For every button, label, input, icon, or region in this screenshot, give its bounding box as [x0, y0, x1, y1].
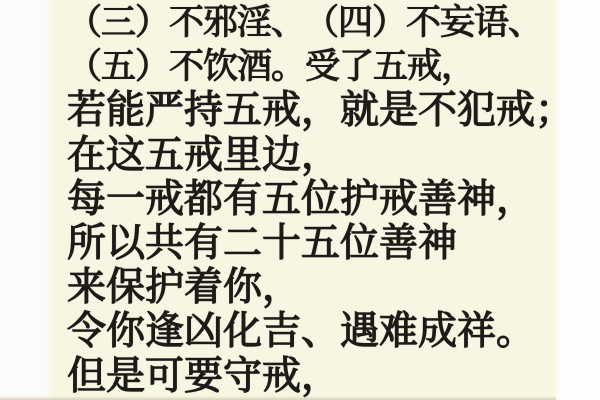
text-line: 在这五戒里边，	[67, 134, 587, 178]
text-line: （五）不饮酒。受了五戒，	[67, 45, 587, 89]
text-line: 若能严持五戒，就是不犯戒；	[67, 89, 587, 133]
text-line: 令你逢凶化吉、遇难成祥。	[67, 310, 587, 354]
text-line: 但是可要守戒，	[67, 355, 587, 399]
left-margin-strip	[0, 0, 53, 400]
text-block: （三）不邪淫、 （四）不妄语、 （五）不饮酒。受了五戒， 若能严持五戒，就是不犯…	[67, 1, 587, 399]
text-line: 来保护着你，	[67, 266, 587, 310]
text-line: （三）不邪淫、 （四）不妄语、	[67, 1, 587, 45]
bottom-edge-line	[0, 396, 556, 400]
scanned-text-page: （三）不邪淫、 （四）不妄语、 （五）不饮酒。受了五戒， 若能严持五戒，就是不犯…	[0, 0, 600, 400]
text-line: 所以共有二十五位善神	[67, 222, 587, 266]
text-line: 每一戒都有五位护戒善神，	[67, 178, 587, 222]
